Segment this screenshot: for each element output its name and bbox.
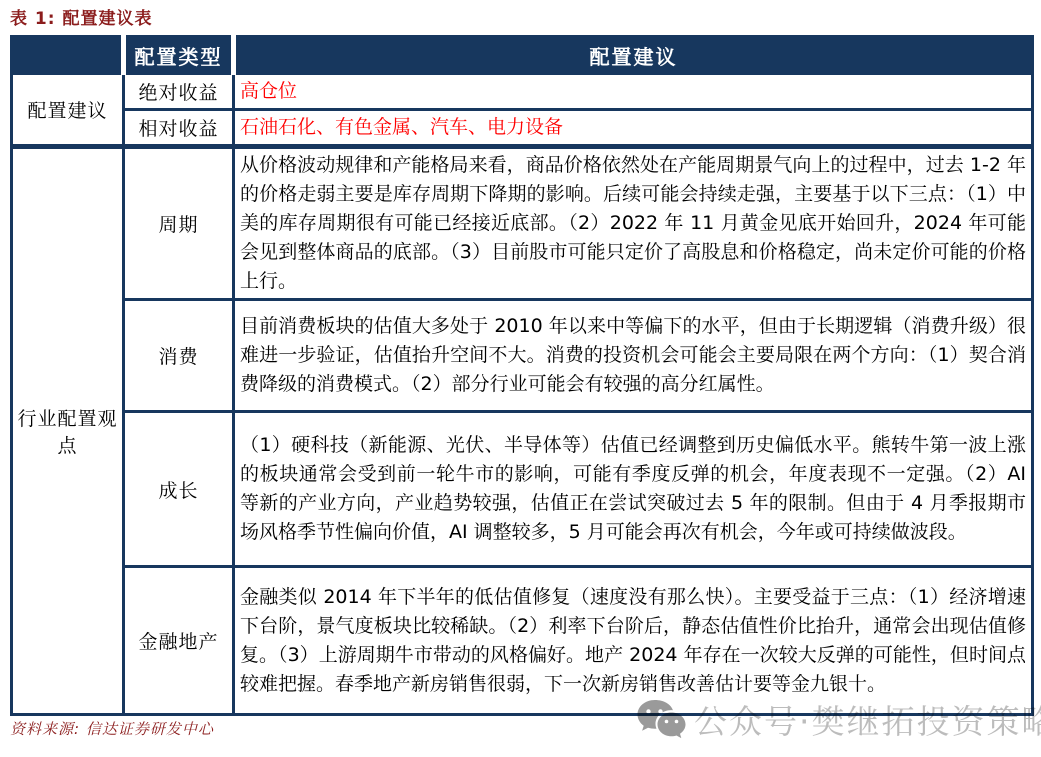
advice-cell-relative-return: 石油石化、有色金属、汽车、电力设备 (234, 110, 1033, 147)
advice-cell-finance-realestate: 金融类似 2014 年下半年的低估值修复（速度没有那么快）。主要受益于三点：（1… (234, 567, 1033, 715)
type-cell-relative-return: 相对收益 (124, 110, 234, 147)
header-cell-advice: 配置建议 (234, 37, 1033, 74)
group-label-allocation: 配置建议 (12, 74, 124, 147)
header-cell-empty (12, 37, 124, 74)
table-row: 配置建议 绝对收益 高仓位 (12, 74, 1033, 110)
type-cell-absolute-return: 绝对收益 (124, 74, 234, 110)
table-row: 相对收益 石油石化、有色金属、汽车、电力设备 (12, 110, 1033, 147)
advice-cell-growth: （1）硬科技（新能源、光伏、半导体等）估值已经调整到历史偏低水平。熊转牛第一波上… (234, 412, 1033, 567)
data-source-note: 资料来源: 信达证券研发中心 (10, 718, 214, 739)
table-row: 金融地产 金融类似 2014 年下半年的低估值修复（速度没有那么快）。主要受益于… (12, 567, 1033, 715)
allocation-advice-table: 配置类型 配置建议 配置建议 绝对收益 高仓位 相对收益 石油石化、有色金属、汽… (10, 35, 1034, 716)
header-row: 配置类型 配置建议 (12, 37, 1033, 74)
type-cell-cycle: 周期 (124, 147, 234, 300)
type-cell-growth: 成长 (124, 412, 234, 567)
type-cell-consumption: 消费 (124, 300, 234, 412)
report-table-page: 表 1: 配置建议表 配置类型 配置建议 配置建议 绝对收益 高仓位 相对收益 … (0, 0, 1041, 757)
table-title: 表 1: 配置建议表 (10, 4, 152, 29)
advice-cell-absolute-return: 高仓位 (234, 74, 1033, 110)
group-label-industry-view: 行业配置观点 (12, 147, 124, 715)
table-row: 消费 目前消费板块的估值大多处于 2010 年以来中等偏下的水平，但由于长期逻辑… (12, 300, 1033, 412)
table-row: 成长 （1）硬科技（新能源、光伏、半导体等）估值已经调整到历史偏低水平。熊转牛第… (12, 412, 1033, 567)
header-cell-type: 配置类型 (124, 37, 234, 74)
advice-cell-consumption: 目前消费板块的估值大多处于 2010 年以来中等偏下的水平，但由于长期逻辑（消费… (234, 300, 1033, 412)
type-cell-finance-realestate: 金融地产 (124, 567, 234, 715)
table-row: 行业配置观点 周期 从价格波动规律和产能格局来看，商品价格依然处在产能周期景气向… (12, 147, 1033, 300)
advice-cell-cycle: 从价格波动规律和产能格局来看，商品价格依然处在产能周期景气向上的过程中，过去 1… (234, 147, 1033, 300)
